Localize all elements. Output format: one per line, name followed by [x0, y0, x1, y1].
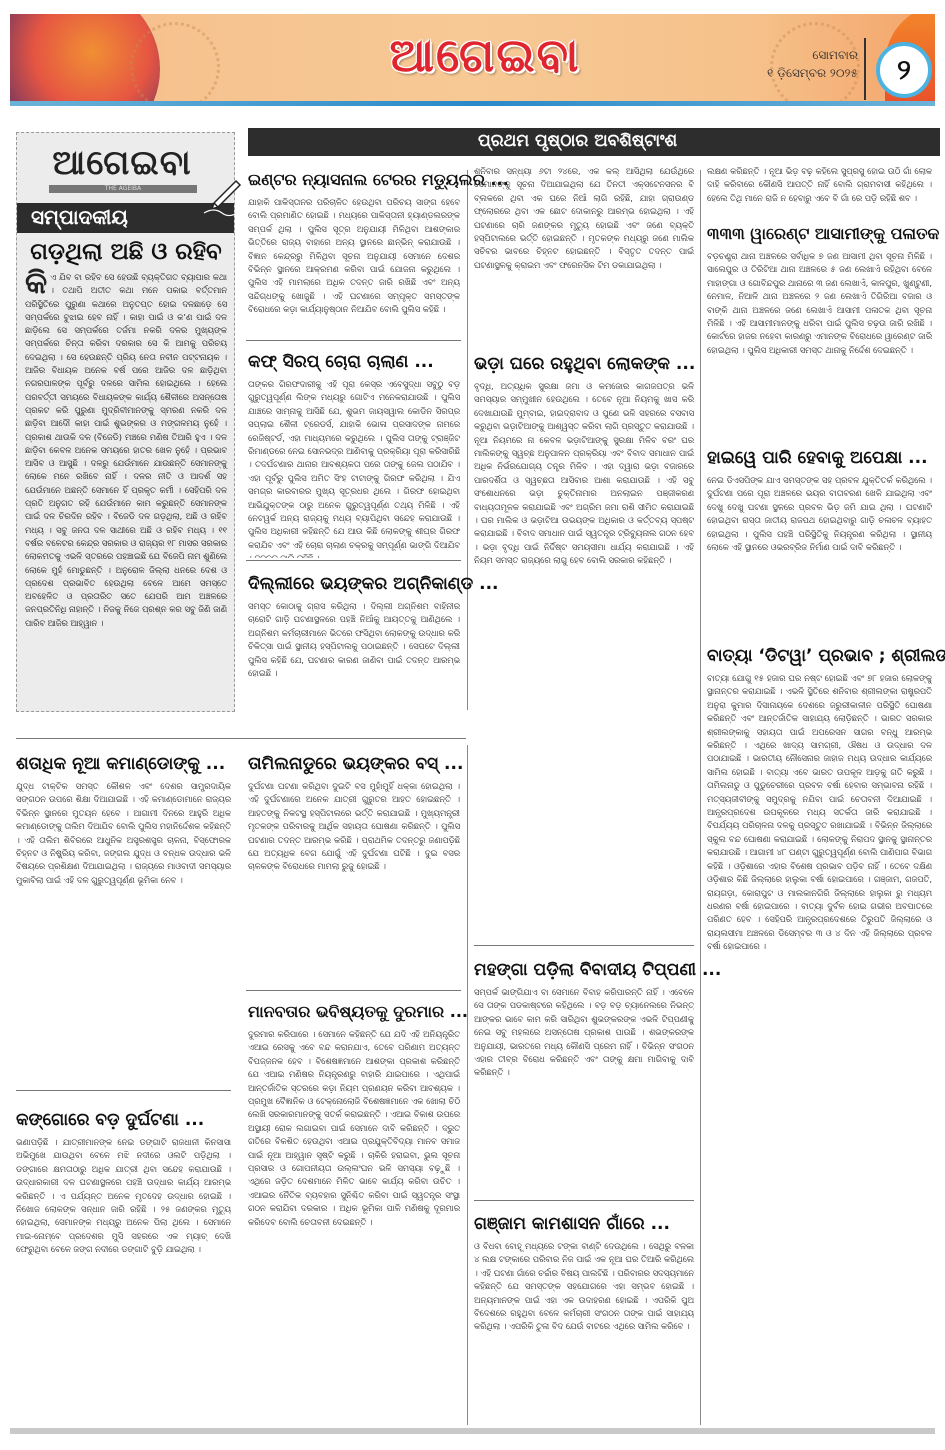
column-divider	[700, 170, 701, 1425]
editorial-label: ସମ୍ପାଦକୀୟ	[31, 205, 128, 229]
article-body: ତାଙ୍କର ଗିରଫଦାରୀକୁ ଏହି ପୂରା କେସ୍ର ଏବେସୁଦ୍…	[248, 378, 460, 558]
article-headline[interactable]: କଙ୍ଗୋରେ ବଡ଼ ଦୁର୍ଘଟଣା ...	[16, 1108, 231, 1132]
column-divider	[467, 745, 468, 1425]
article-body: ଦୁର୍ଘଟଣା ଘଟଣା କରିଥିବା ଦୁଇଟି ବସ ମୁହାଁମୁହି…	[248, 780, 460, 985]
article-body: ଯୁଦ୍ଧ ଟାକ୍ଟିକ ସମସ୍ତ କୌଶଳ ଏବଂ ଦେଶର ସାମ୍ପ୍…	[16, 780, 231, 1085]
column-divider	[467, 170, 468, 710]
article-warrant-fugitives[interactable]: ୩୩୩ ୱାରେଣ୍ଟ ଆସାମୀଙ୍କୁ ପଳାତକ ... ବଡ଼ଚଣ୍ଡ୍…	[707, 222, 932, 440]
editorial-headline: ଗଡ଼ଥିଲା ଅଛି ଓ ରହିବ	[21, 239, 231, 265]
article-tamilnadu-bus[interactable]: ତାମିଲନାଡୁରେ ଭୟଙ୍କର ବସ୍ ... ଦୁର୍ଘଟଣା ଘଟଣା…	[248, 752, 460, 985]
article-body: ଶନିବାର ସନ୍ଧ୍ୟା ୬ଟା ୨୪ରେ, ଏକ କଲ୍ ଆସିଥିଲା …	[474, 165, 694, 335]
article-fugitive-continuation: ଲକ୍ଷଣ କରିଛନ୍ତି । ନୂଆ ଭିଡ଼ ବଢ଼ କହିଲେ ସୁପ୍…	[707, 165, 932, 207]
section-divider	[246, 560, 461, 561]
article-ai-future[interactable]: ମାନବତାର ଭବିଷ୍ୟତକୁ ଦୁରମାର ... ଦୁରମାର କରିପ…	[248, 1000, 460, 1423]
section-divider	[16, 1090, 231, 1091]
article-headline[interactable]: କଫ୍ ସିରପ୍ ଚୋରା ଚାଲାଣ ...	[248, 350, 460, 374]
fountain-pen-icon	[202, 177, 242, 217]
section-divider	[16, 738, 466, 739]
article-headline[interactable]: ମାନବତାର ଭବିଷ୍ୟତକୁ ଦୁରମାର ...	[248, 1000, 460, 1024]
article-rental-rules[interactable]: ଭଡ଼ା ଘରେ ରହୁଥିବା ଲୋକଙ୍କ ... ବୃଦ୍ଧି, ଅତ୍ୟ…	[474, 352, 694, 935]
article-terror-module[interactable]: ଇଣ୍ଟର ନ୍ୟାସନାଲ ଟେରର ମଡ୍ୟୁଲର ... ଯାହାକି ପ…	[248, 168, 460, 351]
editorial-logo-subtitle: THE AGEIBA	[49, 185, 197, 193]
section-banner: ପ୍ରଥମ ପୃଷ୍ଠାର ଅବଶିଷ୍ଟାଂଶ	[248, 128, 940, 156]
article-fire-continuation: ଶନିବାର ସନ୍ଧ୍ୟା ୬ଟା ୨୪ରେ, ଏକ କଲ୍ ଆସିଥିଲା …	[474, 165, 694, 335]
masthead: ଆଗେଇବା ସୋମବାର ୧ ଡ଼ିସେମ୍ବର ୨୦୨୫ ୨	[10, 14, 935, 106]
article-body: ବାତ୍ୟା ଯୋଗୁ ୧୫ ହଜାର ଘର ନଷ୍ଟ ହୋଇଛି ଏବଂ ୭୮…	[707, 672, 932, 1422]
article-body: ଦୁରମାର କରିପାରେ । ସେମାନେ କହିଛନ୍ତି ଯେ ଯଦି …	[248, 1028, 460, 1423]
article-headline[interactable]: ତାମିଲନାଡୁରେ ଭୟଙ୍କର ବସ୍ ...	[248, 752, 460, 776]
article-headline[interactable]: ଇଣ୍ଟର ନ୍ୟାସନାଲ ଟେରର ମଡ୍ୟୁଲର ...	[248, 168, 460, 192]
section-title: ପ୍ରଥମ ପୃଷ୍ଠାର ଅବଶିଷ୍ଟାଂଶ	[478, 131, 677, 151]
article-body: ବୃଦ୍ଧି, ଅତ୍ୟଧିକ ସୁରକ୍ଷା ଜମା ଓ କମଜୋର କାଗଜ…	[474, 380, 694, 935]
article-cyclone-srilanka[interactable]: ବାତ୍ୟା ‘ଡିଟୱା’ ପ୍ରଭାବ ; ଶ୍ରୀଲଙ୍କା ... ବା…	[707, 644, 932, 1422]
article-headline[interactable]: ଭଡ଼ା ଘରେ ରହୁଥିବା ଲୋକଙ୍କ ...	[474, 352, 694, 376]
mandala-decoration	[130, 22, 220, 106]
article-cough-syrup[interactable]: କଫ୍ ସିରପ୍ ଚୋରା ଚାଲାଣ ... ତାଙ୍କର ଗିରଫଦାରୀ…	[248, 350, 460, 558]
article-body: ଲକ୍ଷଣ କରିଛନ୍ତି । ନୂଆ ଭିଡ଼ ବଢ଼ କହିଲେ ସୁପ୍…	[707, 165, 932, 207]
section-divider	[246, 990, 461, 991]
drop-cap: କି	[25, 271, 47, 297]
newspaper-title: ଆଗେଇବା	[350, 28, 620, 84]
date-text: ୧ ଡ଼ିସେମ୍ବର ୨୦୨୫	[728, 64, 858, 82]
article-delhi-fire[interactable]: ଦିଲ୍ଲୀରେ ଭୟଙ୍କର ଅଗ୍ନିକାଣ୍ଡ ... ସମସ୍ତ କୋଠ…	[248, 572, 460, 735]
editorial-box: ଆଗେଇବା THE AGEIBA ସମ୍ପାଦକୀୟ ଗଡ଼ଥିଲା ଅଛି …	[16, 132, 235, 712]
article-commandos[interactable]: ଶତାଧିକ ନୂଆ କମାଣ୍ଡୋଙ୍କୁ ... ଯୁଦ୍ଧ ଟାକ୍ଟିକ…	[16, 752, 231, 1085]
editorial-text: ଏ ଯିବ ବା ରହିବ ସେ ହେଉଛି ବ୍ୟକ୍ତିଗତ ବ୍ୟାପାର…	[25, 272, 227, 628]
article-body: ବଡ଼ଚଣ୍ଡ୍ରା ଥାନା ଅଞ୍ଚଳରେ ସର୍ବାଧିକ ୭ ଜଣ ଆସ…	[707, 250, 932, 440]
article-ganjam-village[interactable]: ଗଞ୍ଜାମ କାମଶାସନ ଗାଁରେ ... ଓ ବିଧବା ବୋହୂ ମଧ…	[474, 1212, 694, 1428]
footer-bar	[10, 1428, 935, 1434]
issue-date: ସୋମବାର ୧ ଡ଼ିସେମ୍ବର ୨୦୨୫	[728, 46, 858, 82]
divider	[864, 38, 866, 100]
section-divider	[474, 1200, 694, 1201]
article-highway-wait[interactable]: ହାଇୱେ ପାରି ହେବାକୁ ଅପେକ୍ଷା ... ନେଇ ଡିଏସପି…	[707, 446, 932, 644]
article-controversial-remark[interactable]: ମହଙ୍ଗା ପଡ଼ିଲା ବିବାଦୀୟ ଟିପ୍ପଣୀ ... ସମ୍ପର୍…	[474, 958, 694, 1196]
article-body: ସମ୍ପର୍କ ଭାଙ୍ଗିଯାଏ ବା ସେମାନେ ବିବାହ କରିପାର…	[474, 986, 694, 1196]
article-headline[interactable]: ହାଇୱେ ପାରି ହେବାକୁ ଅପେକ୍ଷା ...	[707, 446, 932, 470]
article-body: ଯାହାକି ପାକିସ୍ତାନର ପରିଚାଳିତ ହେଉଥିବା ପରିଚୟ…	[248, 196, 460, 351]
article-body: ସମସ୍ତ କୋଠାକୁ ଗ୍ରାସ କରିଥିଲା । ଦିଲ୍ଲୀ ଅଗ୍ନ…	[248, 600, 460, 735]
article-congo-accident[interactable]: କଙ୍ଗୋରେ ବଡ଼ ଦୁର୍ଘଟଣା ... ଭଣାପଡ଼ିଛି । ଯାତ…	[16, 1108, 231, 1426]
page-number-badge: ୨	[876, 42, 932, 98]
article-headline[interactable]: ମହଙ୍ଗା ପଡ଼ିଲା ବିବାଦୀୟ ଟିପ୍ପଣୀ ...	[474, 958, 694, 982]
article-body: ନେଇ ଡିଏସପିଙ୍କ ଯାଏ ସମସ୍ତଙ୍କ ସହ ପ୍ରବଳ ଯୁକ୍…	[707, 474, 932, 644]
masthead-stripe	[10, 101, 935, 106]
editorial-body: କି ଏ ଯିବ ବା ରହିବ ସେ ହେଉଛି ବ୍ୟକ୍ତିଗତ ବ୍ୟା…	[25, 271, 227, 630]
article-headline[interactable]: ୩୩୩ ୱାରେଣ୍ଟ ଆସାମୀଙ୍କୁ ପଳାତକ ...	[707, 222, 932, 246]
article-headline[interactable]: ଦିଲ୍ଲୀରେ ଭୟଙ୍କର ଅଗ୍ନିକାଣ୍ଡ ...	[248, 572, 460, 596]
article-body: ଭଣାପଡ଼ିଛି । ଯାତ୍ରୀମାନଙ୍କ ନେଇ ଡଙ୍ଗାଟି ରାଜ…	[16, 1136, 231, 1426]
section-divider	[474, 945, 694, 946]
article-headline[interactable]: ଗଞ୍ଜାମ କାମଶାସନ ଗାଁରେ ...	[474, 1212, 694, 1236]
article-headline[interactable]: ବାତ୍ୟା ‘ଡିଟୱା’ ପ୍ରଭାବ ; ଶ୍ରୀଲଙ୍କା ...	[707, 644, 932, 668]
weekday: ସୋମବାର	[728, 46, 858, 64]
article-body: ଓ ବିଧବା ବୋହୂ ମଧ୍ୟରେ ଟଙ୍କା ବାଣ୍ଟି ଦେଉଥିଲେ…	[474, 1240, 694, 1428]
editorial-logo: ଆଗେଇବା	[47, 143, 197, 183]
article-headline[interactable]: ଶତାଧିକ ନୂଆ କମାଣ୍ଡୋଙ୍କୁ ...	[16, 752, 231, 776]
